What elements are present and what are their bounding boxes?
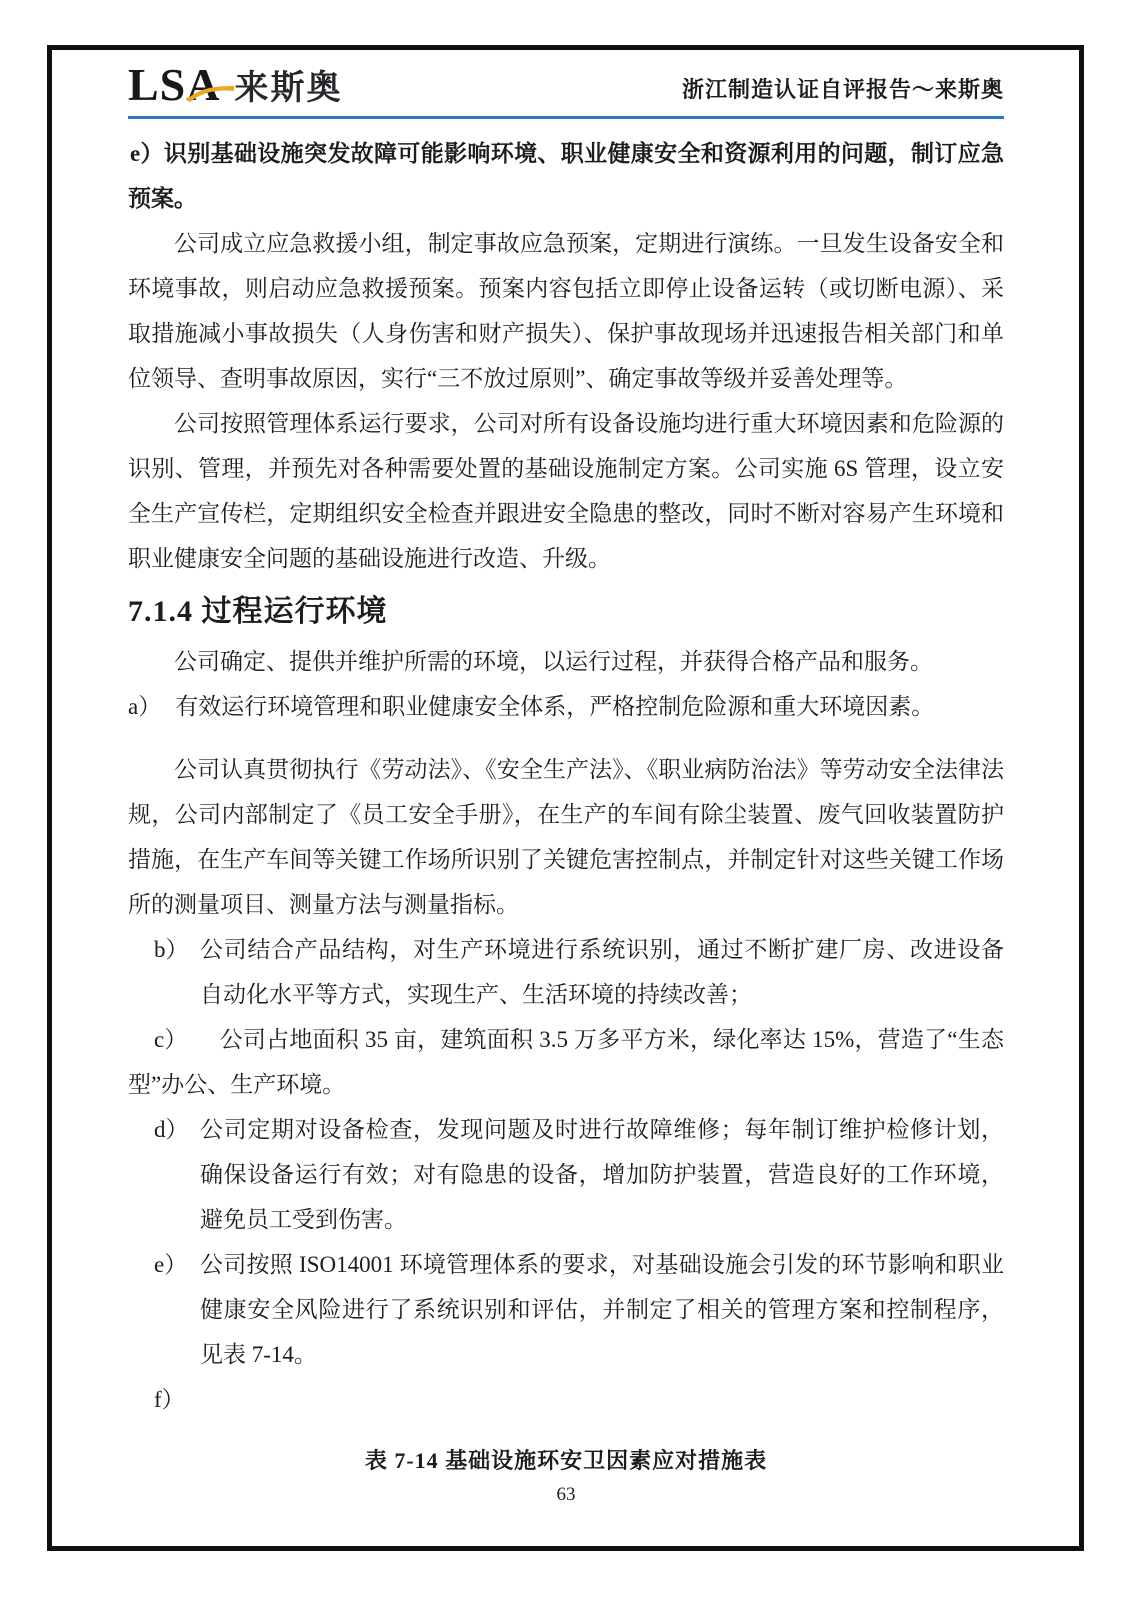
list-item-b: b）公司结合产品结构，对生产环境进行系统识别，通过不断扩建厂房、改进设备自动化水… [128,927,1004,1017]
section-heading-7-1-4: 7.1.4 过程运行环境 [128,589,1004,635]
list-item-d-text: 公司定期对设备检查，发现问题及时进行故障维修；每年制订维护检修计划，确保设备运行… [200,1117,1004,1232]
list-item-d-label: d） [154,1107,189,1152]
report-title: 浙江制造认证自评报告～来斯奥 [682,73,1004,108]
list-item-b-label: b） [154,927,189,972]
list-item-c-label: c） [154,1027,188,1052]
page-number: 63 [128,1482,1004,1508]
page-header: LSA 来斯奥 浙江制造认证自评报告～来斯奥 [128,58,1004,108]
paragraph-intro-bold: e）识别基础设施突发故障可能影响环境、职业健康安全和资源利用的问题，制订应急预案… [128,131,1004,221]
list-item-e: e）公司按照 ISO14001 环境管理体系的要求，对基础设施会引发的环节影响和… [128,1242,1004,1377]
list-item-b-text: 公司结合产品结构，对生产环境进行系统识别，通过不断扩建厂房、改进设备自动化水平等… [200,937,1004,1007]
paragraph-laws: 公司认真贯彻执行《劳动法》、《安全生产法》、《职业病防治法》等劳动安全法律法规，… [128,747,1004,927]
list-item-c: c）公司占地面积 35 亩，建筑面积 3.5 万多平方米，绿化率达 15%，营造… [128,1017,1004,1107]
page-border-frame: LSA 来斯奥 浙江制造认证自评报告～来斯奥 e）识别基础设施突发故障可能影响环… [47,45,1084,1551]
paragraph-environment: 公司确定、提供并维护所需的环境，以运行过程，并获得合格产品和服务。 [128,639,1004,684]
header-divider-line [128,116,1004,119]
list-item-a-text: 有效运行环境管理和职业健康安全体系，严格控制危险源和重大环境因素。 [175,694,934,719]
logo-lsa-text: LSA [128,62,220,108]
list-item-c-text: 公司占地面积 35 亩，建筑面积 3.5 万多平方米，绿化率达 15%，营造了“… [128,1027,1004,1097]
paragraph-management-system: 公司按照管理体系运行要求，公司对所有设备设施均进行重大环境因素和危险源的识别、管… [128,401,1004,581]
list-item-a-label: a） [128,694,161,719]
list-item-e-label: e） [154,1242,187,1287]
company-logo: LSA 来斯奥 [128,62,342,108]
list-item-e-text: 公司按照 ISO14001 环境管理体系的要求，对基础设施会引发的环节影响和职业… [200,1252,1004,1367]
document-page: LSA 来斯奥 浙江制造认证自评报告～来斯奥 e）识别基础设施突发故障可能影响环… [0,0,1131,1600]
list-item-f-label: f） [154,1387,185,1412]
paragraph-emergency-plan: 公司成立应急救援小组，制定事故应急预案，定期进行演练。一旦发生设备安全和环境事故… [128,221,1004,401]
table-caption: 表 7-14 基础设施环安卫因素应对措施表 [128,1446,1004,1476]
list-item-f: f） [128,1377,1004,1422]
list-item-d: d）公司定期对设备检查，发现问题及时进行故障维修；每年制订维护检修计划，确保设备… [128,1107,1004,1242]
list-item-a: a）有效运行环境管理和职业健康安全体系，严格控制危险源和重大环境因素。 [128,684,1004,729]
logo-company-name: 来斯奥 [234,71,342,108]
document-body: e）识别基础设施突发故障可能影响环境、职业健康安全和资源利用的问题，制订应急预案… [128,131,1004,1508]
